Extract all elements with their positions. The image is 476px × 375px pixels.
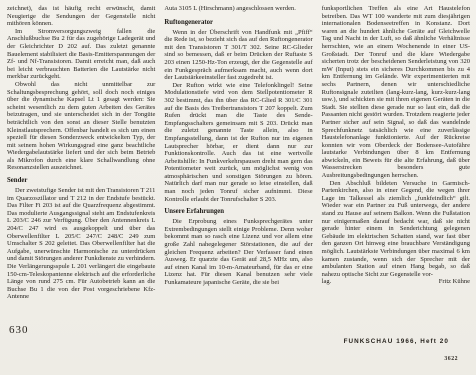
section-heading-unsere-erfahrungen: Unsere Erfahrungen [164, 208, 312, 216]
paragraph: Im Stromversorgungszweig fallen die Ansc… [7, 28, 155, 81]
magazine-page: zeichnet), das ist häufig recht erwünsch… [0, 0, 476, 375]
paragraph: Der zweistufige Sender ist mit den Trans… [7, 187, 155, 301]
paragraph: zeichnet), das ist häufig recht erwünsch… [7, 5, 155, 28]
column-right: funksportlichen Treffen als eine Art Hau… [322, 5, 470, 301]
paragraph: Den Abschluß bildeten Versuche in Garmis… [322, 180, 470, 279]
paragraph-end: lag. [322, 278, 332, 286]
paragraph: Auta 3105 L (Hirschmann) angeschlossen w… [164, 5, 312, 13]
column-left: zeichnet), das ist häufig recht erwünsch… [7, 5, 155, 301]
publication-footer: FUNKSCHAU 1966, Heft 20 [344, 338, 449, 345]
section-heading-ruftongenerator: Ruftongenerator [164, 19, 312, 27]
print-code: 3622 [444, 356, 458, 362]
section-heading-sender: Sender [7, 177, 155, 185]
paragraph: Obwohl das nicht unmittelbar zur Schaltu… [7, 81, 155, 172]
paragraph: Der Rufton wirkt wie eine Telefonklingel… [164, 82, 312, 204]
page-number: 630 [9, 324, 29, 336]
paragraph: Die Erprobung eines Funksprechgerätes un… [164, 218, 312, 286]
paragraph-last-line: lag. Fritz Kühne [322, 278, 470, 286]
author-byline: Fritz Kühne [439, 278, 470, 286]
text-columns: zeichnet), das ist häufig recht erwünsch… [7, 5, 470, 301]
column-middle: Auta 3105 L (Hirschmann) angeschlossen w… [164, 5, 312, 301]
paragraph: Wenn in der Überschrift von Handfunk mit… [164, 29, 312, 82]
paragraph: funksportlichen Treffen als eine Art Hau… [322, 5, 470, 180]
